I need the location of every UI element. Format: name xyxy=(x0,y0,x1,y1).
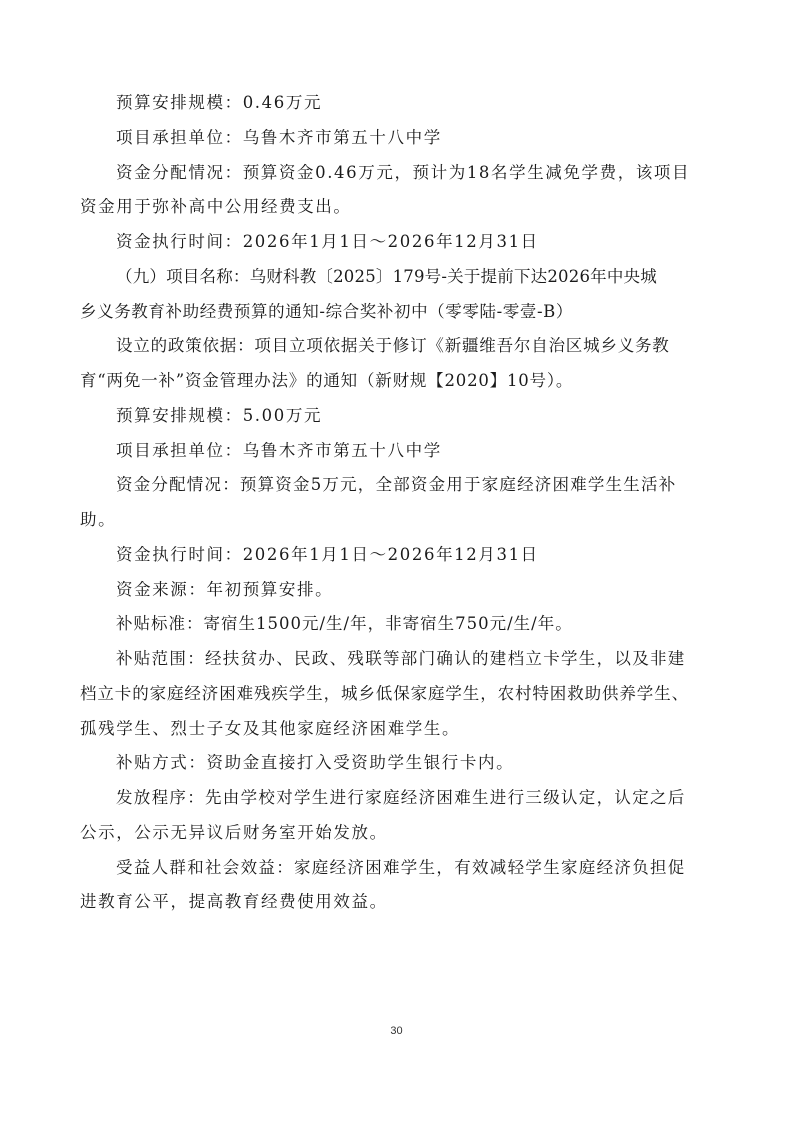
paragraph-subsidy-method-9: 补贴方式：资助金直接打入受资助学生银行卡内。 xyxy=(80,746,712,781)
paragraph-distribution-procedure-9-line-2: 公示，公示无异议后财务室开始发放。 xyxy=(80,816,712,851)
paragraph-policy-basis-9-line-2: 育“两免一补”资金管理办法》的通知（新财规【2020】10号）。 xyxy=(80,364,712,399)
paragraph-subsidy-scope-9-line-3: 孤残学生、烈士子女及其他家庭经济困难学生。 xyxy=(80,712,712,747)
paragraph-project-name-9-line-2: 乡义务教育补助经费预算的通知-综合奖补初中（零零陆-零壹-B） xyxy=(80,295,712,330)
paragraph-execution-time-9: 资金执行时间：2026年1月1日～2026年12月31日 xyxy=(80,538,712,573)
paragraph-fund-allocation-1-line-2: 资金用于弥补高中公用经费支出。 xyxy=(80,190,712,225)
paragraph-subsidy-scope-9-line-1: 补贴范围：经扶贫办、民政、残联等部门确认的建档立卡学生，以及非建 xyxy=(80,642,712,677)
paragraph-subsidy-standard-9: 补贴标准：寄宿生1500元/生/年，非寄宿生750元/生/年。 xyxy=(80,607,712,642)
paragraph-subsidy-scope-9-line-2: 档立卡的家庭经济困难残疾学生，城乡低保家庭学生，农村特困救助供养学生、 xyxy=(80,677,712,712)
paragraph-budget-scale-9: 预算安排规模：5.00万元 xyxy=(80,399,712,434)
document-body: 预算安排规模：0.46万元 项目承担单位：乌鲁木齐市第五十八中学 资金分配情况：… xyxy=(80,86,712,920)
paragraph-beneficiaries-9-line-1: 受益人群和社会效益：家庭经济困难学生，有效减轻学生家庭经济负担促 xyxy=(80,851,712,886)
document-page: 预算安排规模：0.46万元 项目承担单位：乌鲁木齐市第五十八中学 资金分配情况：… xyxy=(0,0,793,1122)
paragraph-project-unit-9: 项目承担单位：乌鲁木齐市第五十八中学 xyxy=(80,434,712,469)
paragraph-fund-source-9: 资金来源：年初预算安排。 xyxy=(80,573,712,608)
page-number: 30 xyxy=(0,1025,793,1037)
paragraph-fund-allocation-9-line-2: 助。 xyxy=(80,503,712,538)
paragraph-project-name-9-line-1: （九）项目名称：乌财科教〔2025〕179号-关于提前下达2026年中央城 xyxy=(80,260,712,295)
paragraph-execution-time-1: 资金执行时间：2026年1月1日～2026年12月31日 xyxy=(80,225,712,260)
paragraph-project-unit-1: 项目承担单位：乌鲁木齐市第五十八中学 xyxy=(80,121,712,156)
paragraph-budget-scale-1: 预算安排规模：0.46万元 xyxy=(80,86,712,121)
paragraph-fund-allocation-1-line-1: 资金分配情况：预算资金0.46万元，预计为18名学生减免学费，该项目 xyxy=(80,156,712,191)
paragraph-policy-basis-9-line-1: 设立的政策依据：项目立项依据关于修订《新疆维吾尔自治区城乡义务教 xyxy=(80,329,712,364)
paragraph-distribution-procedure-9-line-1: 发放程序：先由学校对学生进行家庭经济困难生进行三级认定，认定之后 xyxy=(80,781,712,816)
paragraph-beneficiaries-9-line-2: 进教育公平，提高教育经费使用效益。 xyxy=(80,885,712,920)
paragraph-fund-allocation-9-line-1: 资金分配情况：预算资金5万元，全部资金用于家庭经济困难学生生活补 xyxy=(80,468,712,503)
